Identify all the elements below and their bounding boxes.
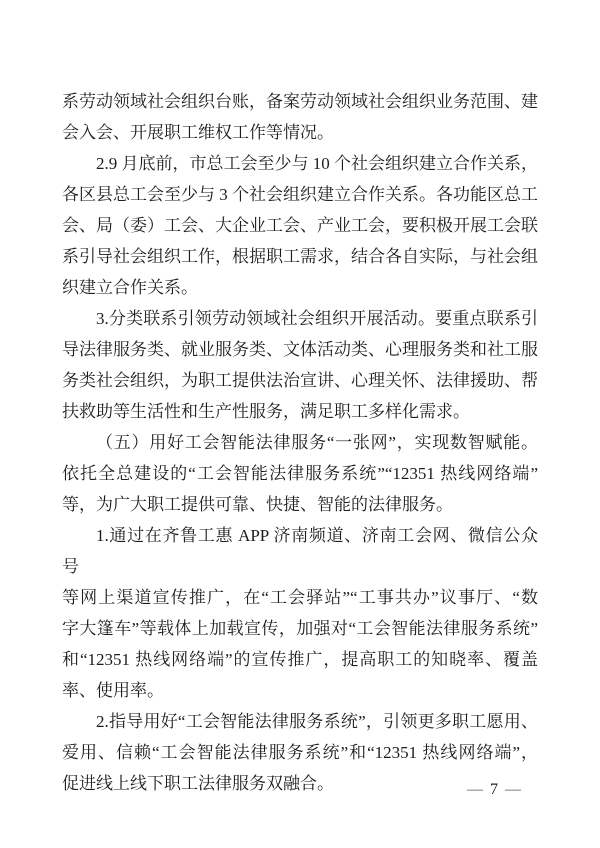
document-line: 务类社会组织，为职工提供法治宣讲、心理关怀、法律援助、帮 bbox=[62, 365, 538, 396]
document-line: 和“12351 热线网络端”的宣传推广，提高职工的知晓率、覆盖 bbox=[62, 644, 538, 675]
document-line: 等网上渠道宣传推广，在“工会驿站”“工事共办”议事厅、“数 bbox=[62, 582, 538, 613]
document-line: 各区县总工会至少与 3 个社会组织建立合作关系。各功能区总工 bbox=[62, 179, 538, 210]
page-number: 7 bbox=[490, 781, 499, 798]
document-line: 率、使用率。 bbox=[62, 675, 538, 706]
document-line: 会、局（委）工会、大企业工会、产业工会，要积极开展工会联 bbox=[62, 210, 538, 241]
document-line: 依托全总建设的“工会智能法律服务系统”“12351 热线网络端” bbox=[62, 458, 538, 489]
document-line: 字大篷车”等载体上加载宣传，加强对“工会智能法律服务系统” bbox=[62, 613, 538, 644]
document-line: 2.9 月底前，市总工会至少与 10 个社会组织建立合作关系， bbox=[62, 148, 538, 179]
document-line: 会入会、开展职工维权工作等情况。 bbox=[62, 117, 538, 148]
document-text-body: 系劳动领域社会组织台账，备案劳动领域社会组织业务范围、建会入会、开展职工维权工作… bbox=[62, 86, 538, 799]
document-line: 系劳动领域社会组织台账，备案劳动领域社会组织业务范围、建 bbox=[62, 86, 538, 117]
document-line: 1.通过在齐鲁工惠 APP 济南频道、济南工会网、微信公众号 bbox=[62, 520, 538, 582]
document-line: 2.指导用好“工会智能法律服务系统”，引领更多职工愿用、 bbox=[62, 706, 538, 737]
footer-dash-left: — bbox=[461, 781, 490, 798]
document-line: 爱用、信赖“工会智能法律服务系统”和“12351 热线网络端”， bbox=[62, 737, 538, 768]
document-line: 系引导社会组织工作，根据职工需求，结合各自实际，与社会组 bbox=[62, 241, 538, 272]
document-line: 织建立合作关系。 bbox=[62, 272, 538, 303]
document-line: 3.分类联系引领劳动领域社会组织开展活动。要重点联系引 bbox=[62, 303, 538, 334]
document-line: 扶救助等生活性和生产性服务，满足职工多样化需求。 bbox=[62, 396, 538, 427]
document-line: 导法律服务类、就业服务类、文体活动类、心理服务类和社工服 bbox=[62, 334, 538, 365]
document-line: 等，为广大职工提供可靠、快捷、智能的法律服务。 bbox=[62, 489, 538, 520]
footer-dash-right: — bbox=[499, 781, 528, 798]
page-footer: —7— bbox=[461, 781, 528, 799]
document-page: 系劳动领域社会组织台账，备案劳动领域社会组织业务范围、建会入会、开展职工维权工作… bbox=[0, 0, 600, 848]
document-line: （五）用好工会智能法律服务“一张网”，实现数智赋能。 bbox=[62, 427, 538, 458]
